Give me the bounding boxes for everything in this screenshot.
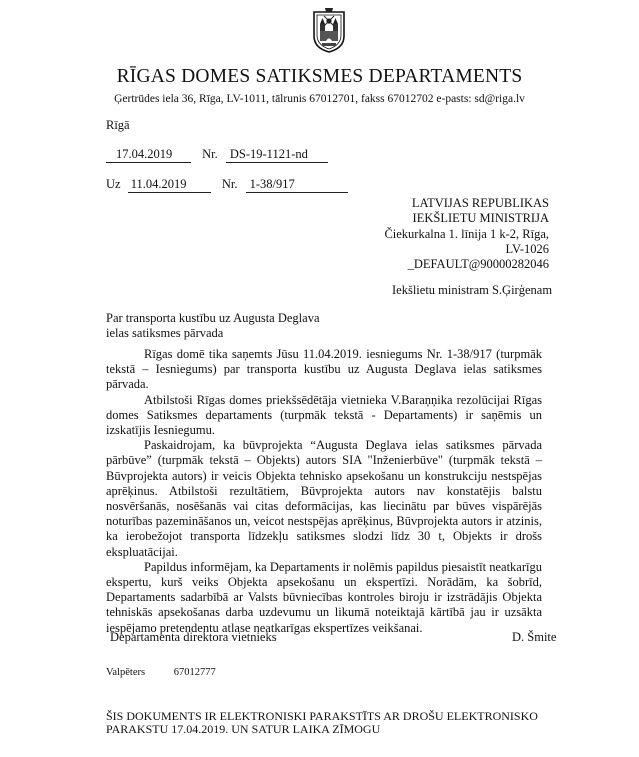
uz-label: Uz: [106, 177, 121, 191]
reference-number: 1-38/917: [246, 177, 348, 193]
recipient-line: IEKŠLIETU MINISTRIJA: [384, 211, 549, 226]
recipient-line: LATVIJAS REPUBLIKAS: [384, 196, 549, 211]
subject-line: ielas satiksmes pārvada: [106, 326, 320, 341]
place: Rīgā: [106, 118, 130, 133]
notice-line: PARAKSTU 17.04.2019. UN SATUR LAIKA ZĪMO…: [106, 723, 538, 736]
addressee: Iekšlietu ministram S.Ģirģenam: [392, 283, 552, 298]
paragraph: Paskaidrojam, ka būvprojekta “Augusta De…: [106, 438, 542, 560]
nr-label: Nr.: [202, 147, 218, 161]
contact-phone: 67012777: [174, 667, 216, 678]
document-date: 17.04.2019: [106, 147, 191, 163]
organization-name: RĪGAS DOMES SATIKSMES DEPARTAMENTS: [0, 66, 639, 88]
subject-line: Par transporta kustību uz Augusta Deglav…: [106, 311, 320, 326]
document-number: DS-19-1121-nd: [226, 147, 328, 163]
paragraph: Papildus informējam, ka Departaments ir …: [106, 560, 542, 636]
recipient-block: LATVIJAS REPUBLIKAS IEKŠLIETU MINISTRIJA…: [384, 196, 549, 272]
signatory-title: Departamenta direktora vietnieks: [110, 630, 277, 645]
nr-label: Nr.: [222, 177, 238, 191]
recipient-line: LV-1026: [384, 242, 549, 257]
contact-person: Valpēters 67012777: [106, 667, 216, 678]
signatory-name: D. Šmite: [512, 630, 556, 645]
subject: Par transporta kustību uz Augusta Deglav…: [106, 311, 320, 342]
reference-row: Uz 11.04.2019 Nr. 1-38/917: [106, 177, 348, 193]
recipient-email: _DEFAULT@90000282046: [384, 257, 549, 272]
riga-coat-of-arms-icon: [311, 4, 347, 54]
contact-name: Valpēters: [106, 667, 145, 678]
recipient-line: Čiekurkalna 1. līnija 1 k-2, Rīga,: [384, 227, 549, 242]
e-signature-notice: ŠIS DOKUMENTS IR ELEKTRONISKI PARAKSTĪTS…: [106, 710, 538, 736]
paragraph: Atbilstoši Rīgas domes priekšsēdētāja vi…: [106, 393, 542, 439]
reference-date: 11.04.2019: [128, 177, 211, 193]
organization-address: Ģertrūdes iela 36, Rīga, LV-1011, tālrun…: [0, 93, 639, 105]
letter-body: Rīgas domē tika saņemts Jūsu 11.04.2019.…: [106, 347, 542, 636]
paragraph: Rīgas domē tika saņemts Jūsu 11.04.2019.…: [106, 347, 542, 393]
document-date-row: 17.04.2019 Nr. DS-19-1121-nd: [106, 147, 328, 163]
